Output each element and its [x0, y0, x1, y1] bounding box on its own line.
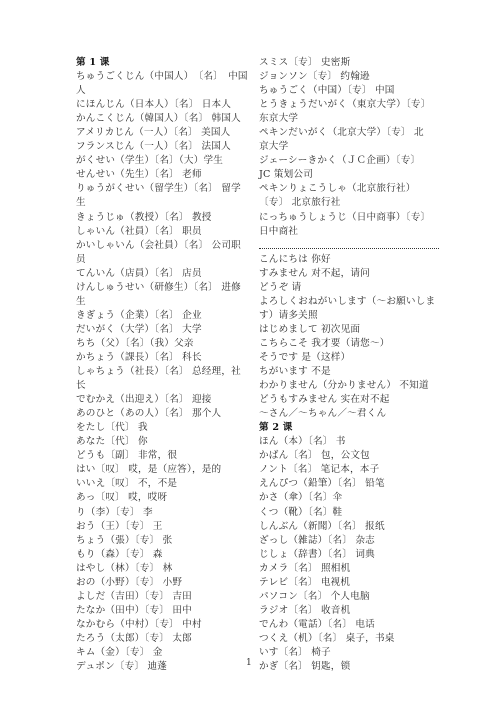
vocab-line: 员	[76, 253, 256, 267]
right-column: スミス〔专〕 史密斯ジョンソン〔专〕 约翰逊ちゅうごく（中国）〔专〕 中国とうき…	[259, 56, 445, 674]
vocab-line: あなた〔代〕 你	[76, 435, 256, 449]
vocab-line: でんわ（電話）〔名〕 电话	[259, 618, 445, 632]
vocab-line: ほん（本）〔名〕 书	[259, 435, 445, 449]
vocab-line: ちち（父）〔名〕（我）父亲	[76, 337, 256, 351]
vocab-line: しゃちょう（社長）〔名〕 总经理，社	[76, 365, 256, 379]
vocab-line: かんこくじん（韓国人）〔名〕 韩国人	[76, 112, 256, 126]
vocab-line: あっ〔叹〕 哎，哎呀	[76, 491, 256, 505]
vocab-line: ジョンソン〔专〕 约翰逊	[259, 70, 445, 84]
vocab-line: スミス〔专〕 史密斯	[259, 56, 445, 70]
vocab-line: パソコン〔名〕 个人电脑	[259, 590, 445, 604]
vocab-line: かさ（傘）〔名〕伞	[259, 491, 445, 505]
vocab-line: ペキンりょこうしゃ（北京旅行社）	[259, 182, 445, 196]
vocab-line: かばん〔名〕 包，公文包	[259, 449, 445, 463]
vocab-line: 生	[76, 295, 256, 309]
vocab-line: たろう（太郎）〔专〕 太郎	[76, 632, 256, 646]
vocab-line: よろしくおねがいします（～お願いしま	[259, 295, 445, 309]
vocab-line: テレビ〔名〕 电视机	[259, 576, 445, 590]
vocab-line: だいがく（大学）〔名〕 大学	[76, 323, 256, 337]
vocab-line: どうも〔副〕 非常，很	[76, 449, 256, 463]
lesson-heading: 第 2 课	[259, 421, 445, 435]
vocab-line: かちょう（課長）〔名〕 科长	[76, 351, 256, 365]
vocab-line: こんにちは 你好	[259, 253, 445, 267]
vocab-line: じしょ（辞書）〔名〕 词典	[259, 548, 445, 562]
vocab-line: りゅうがくせい（留学生）〔名〕 留学	[76, 182, 256, 196]
vocab-line: そうです 是（这样）	[259, 351, 445, 365]
dotted-separator	[259, 239, 445, 253]
vocab-line: 京大学	[259, 140, 445, 154]
vocab-line: にっちゅうしょうじ（日中商事）〔专〕	[259, 211, 445, 225]
vocab-line: かぎ〔名〕 钥匙，锁	[259, 660, 445, 674]
vocab-line: きぎょう（企業）〔名〕 企业	[76, 309, 256, 323]
vocab-line: アメリカじん（一人）〔名〕 美国人	[76, 126, 256, 140]
vocab-line: とうきょうだいがく（東京大学）〔专〕	[259, 98, 445, 112]
vocab-line: ざっし（雑誌）〔名〕 杂志	[259, 534, 445, 548]
vocab-line: くつ（靴）〔名〕鞋	[259, 506, 445, 520]
vocab-line: り（李）〔专〕 李	[76, 506, 256, 520]
vocab-line: 长	[76, 379, 256, 393]
vocab-line: こちらこそ 我才要（请您～）	[259, 337, 445, 351]
vocab-line: かいしゃいん（会社員）〔名〕 公司职	[76, 239, 256, 253]
vocab-line: せんせい（先生）〔名〕 老师	[76, 168, 256, 182]
vocab-line: おの（小野）〔专〕 小野	[76, 576, 256, 590]
vocab-line: どうぞ 请	[259, 281, 445, 295]
page-number: 1	[246, 658, 252, 668]
vocab-line: えんぴつ（鉛筆）〔名〕 铅笔	[259, 477, 445, 491]
vocab-line: フランスじん（一人）〔名〕 法国人	[76, 140, 256, 154]
vocab-line: ちゅうごくじん（中国人） 〔名〕 中国	[76, 70, 256, 84]
vocab-line: はい〔叹〕 哎，是（应答），是的	[76, 463, 256, 477]
vocab-line: つくえ（机）〔名〕 桌子，书桌	[259, 632, 445, 646]
vocab-line: カメラ〔名〕 照相机	[259, 562, 445, 576]
vocab-line: でむかえ（出迎え）〔名〕 迎接	[76, 393, 256, 407]
vocab-line: どうもすみません 实在对不起	[259, 393, 445, 407]
left-column: 第 1 课ちゅうごくじん（中国人） 〔名〕 中国人にほんじん（日本人）〔名〕 日…	[76, 56, 256, 674]
vocab-line: もり（森）〔专〕 森	[76, 548, 256, 562]
vocab-line: デュポン〔专〕 迪蓬	[76, 660, 256, 674]
vocab-line: 〔专〕 北京旅行社	[259, 196, 445, 210]
vocab-line: よしだ（吉田）〔专〕 吉田	[76, 590, 256, 604]
vocab-line: 东京大学	[259, 112, 445, 126]
vocab-line: 日中商社	[259, 225, 445, 239]
vocab-line: ～さん／～ちゃん／～君くん	[259, 407, 445, 421]
vocab-line: ジェーシーきかく（ＪＣ企画）〔专〕	[259, 154, 445, 168]
vocab-line: ちゅうごく（中国）〔专〕 中国	[259, 84, 445, 98]
vocab-line: にほんじん（日本人）〔名〕 日本人	[76, 98, 256, 112]
vocab-line: はじめまして 初次见面	[259, 323, 445, 337]
vocab-line: JC 策划公司	[259, 168, 445, 182]
lesson-heading: 第 1 课	[76, 56, 256, 70]
vocab-line: きょうじゅ（教授）〔名〕 教授	[76, 211, 256, 225]
vocab-line: ちがいます 不是	[259, 365, 445, 379]
vocab-line: 生	[76, 196, 256, 210]
vocab-line: ラジオ〔名〕 收音机	[259, 604, 445, 618]
vocab-line: おう（王）〔专〕 王	[76, 520, 256, 534]
document-page: 第 1 课ちゅうごくじん（中国人） 〔名〕 中国人にほんじん（日本人）〔名〕 日…	[0, 0, 500, 708]
vocab-line: いす〔名〕 椅子	[259, 646, 445, 660]
vocab-line: しんぶん（新聞）〔名〕 报纸	[259, 520, 445, 534]
vocab-line: 人	[76, 84, 256, 98]
vocab-line: てんいん（店員）〔名〕 店员	[76, 267, 256, 281]
vocab-line: キム（金）〔专〕 金	[76, 646, 256, 660]
vocab-line: なかむら（中村）〔专〕 中村	[76, 618, 256, 632]
vocab-line: ノント〔名〕 笔记本，本子	[259, 463, 445, 477]
vocab-line: しゃいん（社員）〔名〕 职员	[76, 225, 256, 239]
vocab-line: ちょう（張）〔专〕 张	[76, 534, 256, 548]
vocab-line: をたし〔代〕 我	[76, 421, 256, 435]
vocab-line: ペキンだいがく（北京大学）〔专〕 北	[259, 126, 445, 140]
vocab-line: すみません 对不起，请问	[259, 267, 445, 281]
vocab-line: わかりません（分かりません） 不知道	[259, 379, 445, 393]
vocab-line: す）请多关照	[259, 309, 445, 323]
vocab-line: あのひと（あの人）〔名〕 那个人	[76, 407, 256, 421]
vocab-line: はやし（林）〔专〕 林	[76, 562, 256, 576]
vocab-line: がくせい（学生）〔名〕（大）学生	[76, 154, 256, 168]
vocab-line: たなか（田中）〔专〕 田中	[76, 604, 256, 618]
vocab-line: いいえ〔叹〕 不，不是	[76, 477, 256, 491]
vocab-line: けんしゅうせい（研修生）〔名〕 进修	[76, 281, 256, 295]
